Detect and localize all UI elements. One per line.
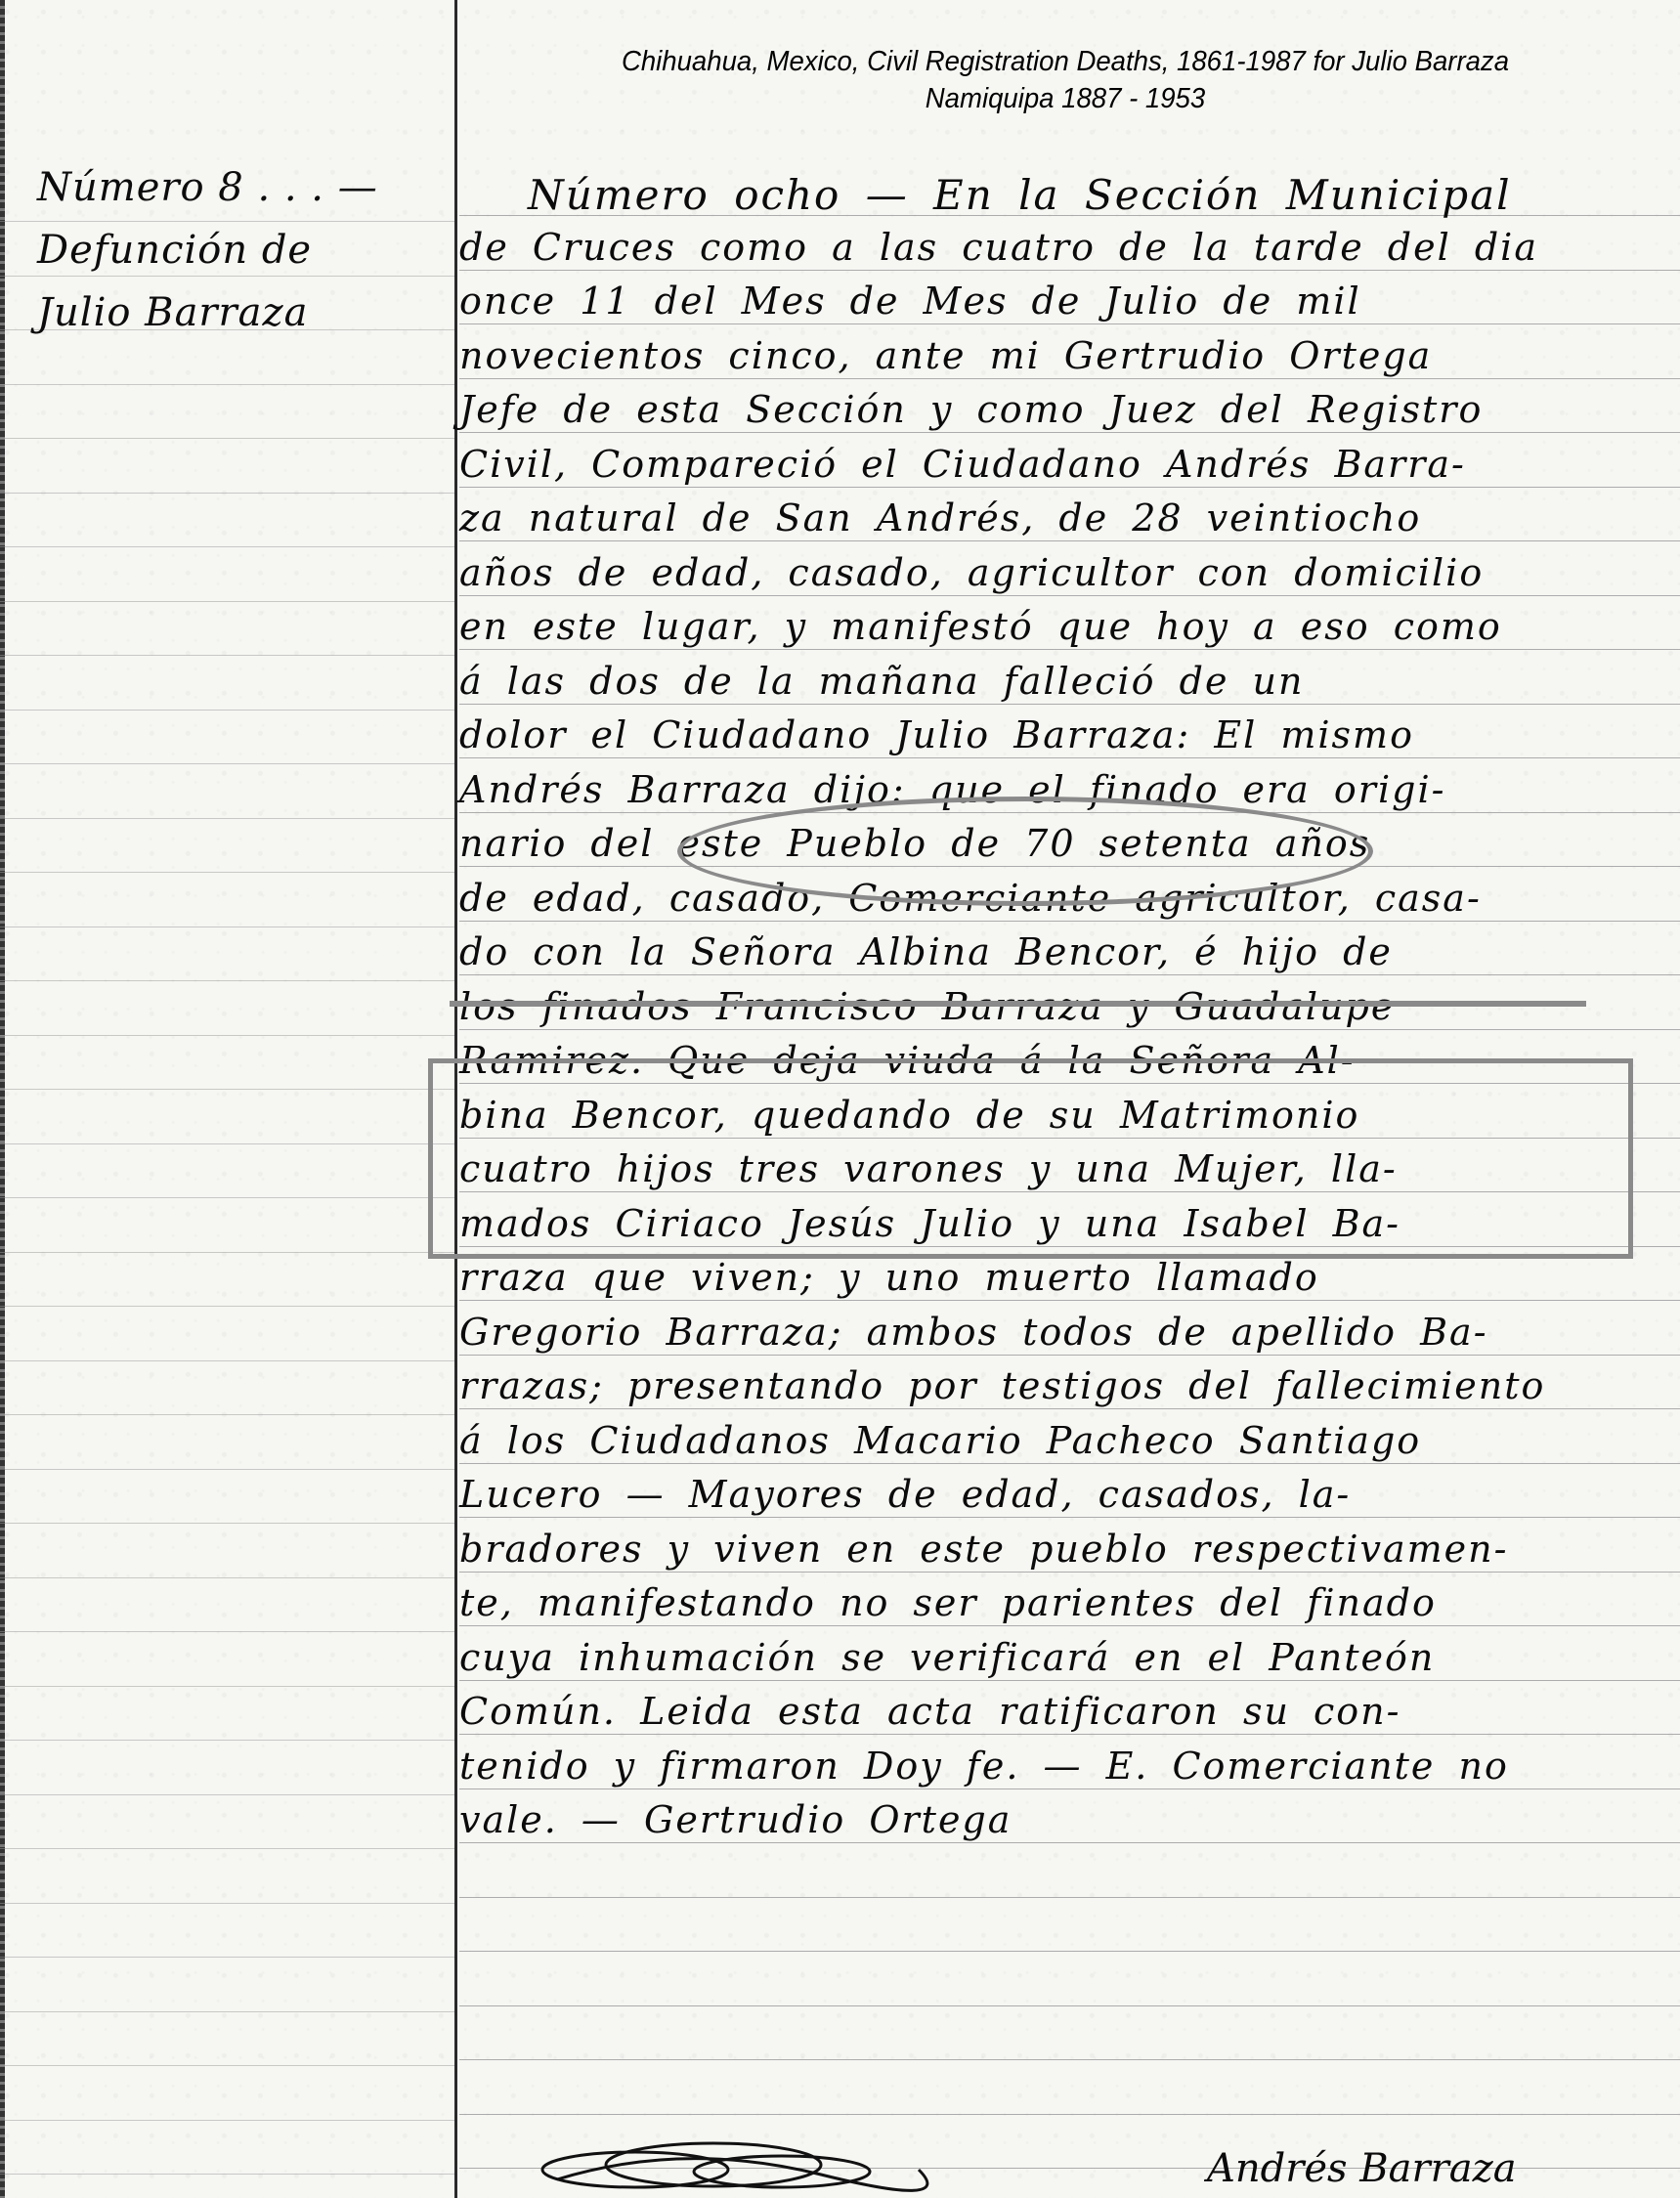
margin-note: Número 8 . . . — Defunción de Julio Barr… (37, 156, 448, 344)
record-line: once 11 del Mes de Mes de Julio de mil (459, 280, 1361, 338)
record-line: cuya inhumación se verificará en el Pant… (459, 1636, 1435, 1695)
record-line: á las dos de la mañana falleció de un (459, 660, 1304, 718)
ruled-line (0, 2174, 454, 2175)
record-line: Jefe de esta Sección y como Juez del Reg… (459, 388, 1483, 447)
ruled-line (0, 438, 454, 439)
margin-note-line: Julio Barraza (37, 281, 448, 344)
ruled-line (0, 546, 454, 547)
ruled-line (0, 2011, 454, 2012)
record-line: Común. Leida esta acta ratificaron su co… (459, 1690, 1401, 1748)
ruled-line (0, 2065, 454, 2066)
ruled-line (0, 1523, 454, 1524)
ruled-line (459, 2059, 1680, 2060)
ruled-line (0, 927, 454, 927)
record-line: Lucero — Mayores de edad, casados, la- (459, 1473, 1351, 1531)
underline-annotation (450, 1001, 1586, 1007)
ruled-line (0, 1903, 454, 1904)
ruled-line (0, 655, 454, 656)
margin-note-line: Defunción de (37, 219, 448, 281)
ruled-line (0, 1631, 454, 1632)
ruled-line (0, 1469, 454, 1470)
record-line: dolor el Ciudadano Julio Barraza: El mis… (459, 713, 1414, 772)
ruled-line (459, 2114, 1680, 2115)
record-line: de Cruces como a las cuatro de la tarde … (459, 226, 1538, 284)
boxed-parents-annotation (428, 1058, 1633, 1259)
record-line: rrazas; presentando por testigos del fal… (459, 1364, 1545, 1423)
ruled-line (0, 2120, 454, 2121)
ruled-line (0, 710, 454, 711)
ruled-line (0, 1794, 454, 1795)
ruled-line (459, 1951, 1680, 1952)
ruled-line (0, 980, 454, 981)
header-title: Chihuahua, Mexico, Civil Registration De… (490, 43, 1641, 80)
record-line: los finados Francisco Barraza y Guadalup… (459, 985, 1395, 1044)
record-line: Número ocho — En la Sección Municipal (528, 171, 1512, 230)
ruled-line (0, 601, 454, 602)
ruled-line (0, 1035, 454, 1036)
ruled-line (0, 872, 454, 873)
record-line: Civil, Compareció el Ciudadano Andrés Ba… (459, 443, 1466, 501)
ruled-line (0, 384, 454, 385)
record-line: do con la Señora Albina Bencor, é hijo d… (459, 930, 1393, 989)
header-subtitle: Namiquipa 1887 - 1953 (490, 80, 1641, 117)
ruled-line (0, 1360, 454, 1361)
ruled-line (0, 818, 454, 819)
record-line: tenido y firmaron Doy fe. — E. Comercian… (459, 1745, 1509, 1803)
record-line: en este lugar, y manifestó que hoy a eso… (459, 605, 1502, 664)
ruled-line (0, 1686, 454, 1687)
ruled-line (459, 2005, 1680, 2006)
document-page: Chihuahua, Mexico, Civil Registration De… (0, 0, 1680, 2198)
record-line: años de edad, casado, agricultor con dom… (459, 551, 1484, 610)
ruled-line (0, 493, 454, 494)
ruled-line (0, 1089, 454, 1090)
record-line: á los Ciudadanos Macario Pacheco Santiag… (459, 1419, 1421, 1478)
signature-flourish (528, 2131, 938, 2198)
ruled-line (0, 1197, 454, 1198)
circled-name-annotation (677, 797, 1373, 906)
ruled-line (0, 1848, 454, 1849)
ruled-line (0, 1252, 454, 1253)
ruled-line (0, 1957, 454, 1958)
ruled-line (0, 1306, 454, 1307)
ruled-line (459, 1897, 1680, 1898)
declarant-signature: Andrés Barraza (1207, 2146, 1517, 2191)
ruled-line (0, 1414, 454, 1415)
ruled-line (0, 1740, 454, 1741)
record-line: rraza que viven; y uno muerto llamado (459, 1256, 1319, 1314)
record-line: te, manifestando no ser parientes del fi… (459, 1581, 1437, 1640)
document-header: Chihuahua, Mexico, Civil Registration De… (490, 43, 1641, 117)
margin-note-line: Número 8 . . . — (37, 156, 448, 219)
ruled-line (0, 1143, 454, 1144)
record-line: bradores y viven en este pueblo respecti… (459, 1528, 1508, 1586)
record-line: za natural de San Andrés, de 28 veintioc… (459, 496, 1421, 555)
record-line: novecientos cinco, ante mi Gertrudio Ort… (459, 334, 1432, 393)
ruled-line (0, 1577, 454, 1578)
record-line: vale. — Gertrudio Ortega (459, 1798, 1012, 1857)
record-line: Gregorio Barraza; ambos todos de apellid… (459, 1311, 1488, 1369)
ruled-line (0, 763, 454, 764)
